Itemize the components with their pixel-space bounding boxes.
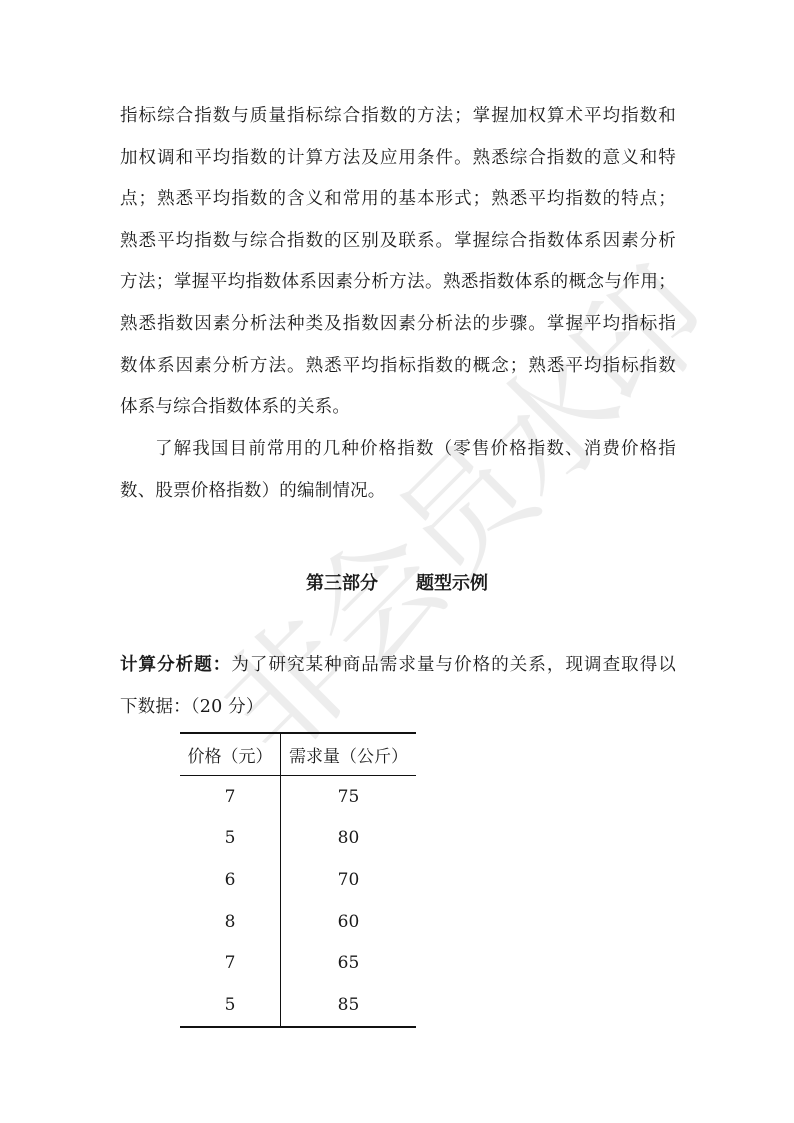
text-line: 体系与综合指数体系的关系。 bbox=[120, 387, 676, 429]
text-line: 了解我国目前常用的几种价格指数（零售价格指数、消费价格指 bbox=[120, 429, 676, 471]
paragraph-price-indices: 了解我国目前常用的几种价格指数（零售价格指数、消费价格指 数、股票价格指数）的编… bbox=[120, 429, 676, 512]
cell-price: 7 bbox=[180, 942, 281, 984]
text-line: 熟悉平均指数与综合指数的区别及联系。掌握综合指数体系因素分析 bbox=[120, 221, 676, 263]
table-header-row: 价格（元） 需求量（公斤） bbox=[180, 733, 416, 776]
text-line: 数、股票价格指数）的编制情况。 bbox=[120, 471, 676, 513]
table-row: 7 65 bbox=[180, 942, 416, 984]
cell-demand: 70 bbox=[281, 859, 417, 901]
table-row: 5 80 bbox=[180, 818, 416, 860]
text-line: 指标综合指数与质量指标综合指数的方法；掌握加权算术平均指数和 bbox=[120, 96, 676, 138]
cell-price: 6 bbox=[180, 859, 281, 901]
paragraph-learning-objectives: 指标综合指数与质量指标综合指数的方法；掌握加权算术平均指数和 加权调和平均指数的… bbox=[120, 96, 676, 429]
cell-price: 5 bbox=[180, 984, 281, 1027]
price-demand-table: 价格（元） 需求量（公斤） 7 75 5 80 6 70 8 60 7 bbox=[180, 732, 416, 1028]
table-row: 8 60 bbox=[180, 901, 416, 943]
text-line: 方法；掌握平均指数体系因素分析方法。熟悉指数体系的概念与作用； bbox=[120, 262, 676, 304]
section-heading: 第三部分题型示例 bbox=[0, 569, 794, 599]
text-line: 点；熟悉平均指数的含义和常用的基本形式；熟悉平均指数的特点； bbox=[120, 179, 676, 221]
text-line: 计算分析题：为了研究某种商品需求量与价格的关系，现调查取得以 bbox=[120, 645, 676, 687]
cell-price: 7 bbox=[180, 776, 281, 818]
table-row: 5 85 bbox=[180, 984, 416, 1027]
cell-price: 5 bbox=[180, 818, 281, 860]
cell-demand: 60 bbox=[281, 901, 417, 943]
cell-demand: 80 bbox=[281, 818, 417, 860]
question-type-label: 计算分析题： bbox=[120, 655, 231, 675]
section-part-label: 第三部分 bbox=[306, 573, 378, 594]
text-line: 下数据：（20 分） bbox=[120, 687, 676, 729]
text-line: 熟悉指数因素分析法种类及指数因素分析法的步骤。掌握平均指标指 bbox=[120, 304, 676, 346]
text-line: 数体系因素分析方法。熟悉平均指标指数的概念；熟悉平均指标指数 bbox=[120, 346, 676, 388]
question-text: 为了研究某种商品需求量与价格的关系，现调查取得以 bbox=[231, 655, 676, 675]
table-row: 6 70 bbox=[180, 859, 416, 901]
cell-demand: 85 bbox=[281, 984, 417, 1027]
header-price: 价格（元） bbox=[180, 733, 281, 776]
question-paragraph: 计算分析题：为了研究某种商品需求量与价格的关系，现调查取得以 下数据：（20 分… bbox=[120, 645, 676, 728]
section-name-label: 题型示例 bbox=[416, 573, 488, 594]
table-row: 7 75 bbox=[180, 776, 416, 818]
document-page: 非会员水印 指标综合指数与质量指标综合指数的方法；掌握加权算术平均指数和 加权调… bbox=[0, 0, 794, 1123]
header-demand: 需求量（公斤） bbox=[281, 733, 417, 776]
cell-price: 8 bbox=[180, 901, 281, 943]
cell-demand: 65 bbox=[281, 942, 417, 984]
cell-demand: 75 bbox=[281, 776, 417, 818]
text-line: 加权调和平均指数的计算方法及应用条件。熟悉综合指数的意义和特 bbox=[120, 138, 676, 180]
